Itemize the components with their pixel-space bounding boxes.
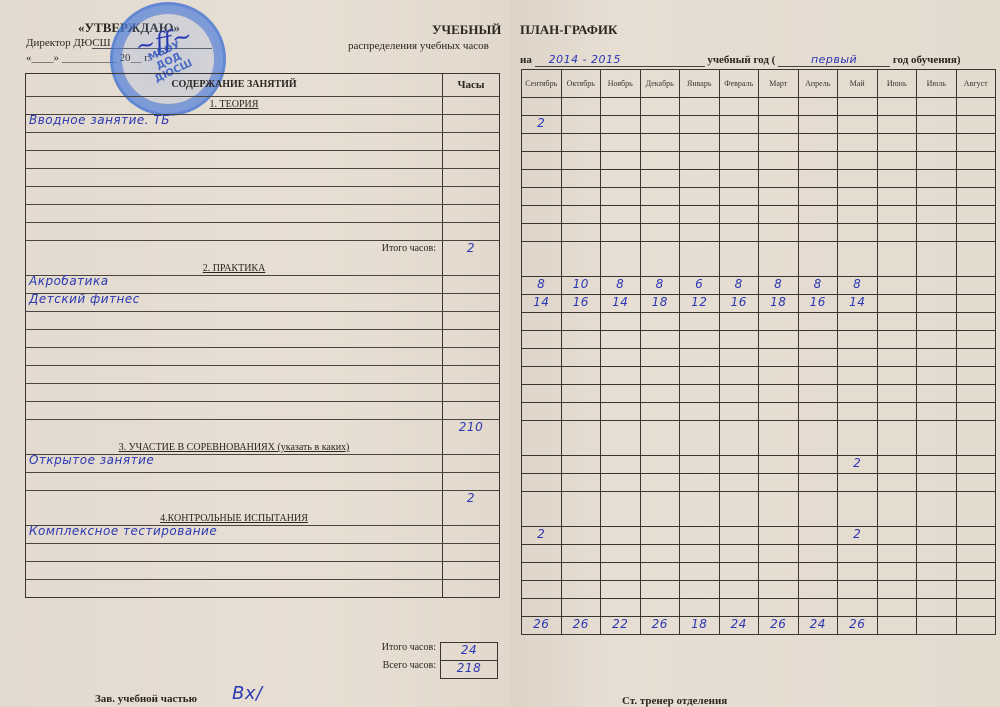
- schedule-cell[interactable]: [956, 277, 996, 294]
- schedule-cell[interactable]: [679, 367, 719, 384]
- schedule-cell[interactable]: [877, 295, 917, 312]
- schedule-cell[interactable]: [719, 224, 759, 241]
- schedule-cell[interactable]: [640, 545, 680, 562]
- schedule-cell[interactable]: [916, 367, 956, 384]
- schedule-cell[interactable]: [916, 421, 956, 455]
- schedule-cell[interactable]: [640, 367, 680, 384]
- schedule-cell[interactable]: 14: [837, 295, 877, 312]
- schedule-cell[interactable]: [837, 474, 877, 491]
- schedule-cell[interactable]: [837, 313, 877, 330]
- schedule-cell[interactable]: [640, 421, 680, 455]
- schedule-cell[interactable]: [522, 98, 561, 115]
- schedule-cell[interactable]: [600, 421, 640, 455]
- schedule-cell[interactable]: [798, 527, 838, 544]
- schedule-cell[interactable]: [837, 98, 877, 115]
- schedule-cell[interactable]: [877, 277, 917, 294]
- schedule-cell[interactable]: [640, 331, 680, 348]
- schedule-cell[interactable]: [561, 206, 601, 223]
- schedule-cell[interactable]: [719, 599, 759, 616]
- schedule-cell[interactable]: [561, 474, 601, 491]
- schedule-cell[interactable]: [719, 456, 759, 473]
- academic-year-field[interactable]: 2014 - 2015: [535, 53, 705, 67]
- schedule-cell[interactable]: [600, 206, 640, 223]
- schedule-cell[interactable]: [916, 563, 956, 580]
- schedule-cell[interactable]: [679, 98, 719, 115]
- schedule-cell[interactable]: [561, 134, 601, 151]
- schedule-cell[interactable]: 18: [679, 617, 719, 634]
- schedule-cell[interactable]: [877, 403, 917, 420]
- schedule-cell[interactable]: [956, 367, 996, 384]
- schedule-cell[interactable]: [916, 170, 956, 187]
- schedule-cell[interactable]: [798, 313, 838, 330]
- schedule-cell[interactable]: [798, 188, 838, 205]
- schedule-cell[interactable]: [758, 367, 798, 384]
- schedule-cell[interactable]: [679, 385, 719, 402]
- table-row[interactable]: [26, 347, 499, 365]
- schedule-cell[interactable]: [522, 367, 561, 384]
- schedule-cell[interactable]: [798, 385, 838, 402]
- schedule-cell[interactable]: [600, 527, 640, 544]
- schedule-cell[interactable]: [956, 295, 996, 312]
- schedule-cell[interactable]: [837, 242, 877, 276]
- schedule-cell[interactable]: [956, 599, 996, 616]
- schedule-cell[interactable]: [719, 242, 759, 276]
- schedule-cell[interactable]: [640, 527, 680, 544]
- schedule-cell[interactable]: [600, 152, 640, 169]
- schedule-cell[interactable]: [916, 527, 956, 544]
- schedule-cell[interactable]: [877, 152, 917, 169]
- schedule-cell[interactable]: [719, 527, 759, 544]
- schedule-cell[interactable]: [719, 188, 759, 205]
- schedule-cell[interactable]: [719, 170, 759, 187]
- schedule-cell[interactable]: [640, 152, 680, 169]
- schedule-cell[interactable]: [679, 421, 719, 455]
- schedule-cell[interactable]: [837, 403, 877, 420]
- schedule-cell[interactable]: [522, 492, 561, 526]
- schedule-cell[interactable]: [561, 224, 601, 241]
- study-year-field[interactable]: первый: [778, 53, 890, 67]
- schedule-cell[interactable]: [837, 385, 877, 402]
- schedule-cell[interactable]: [561, 527, 601, 544]
- schedule-cell[interactable]: [640, 134, 680, 151]
- schedule-cell[interactable]: [877, 206, 917, 223]
- schedule-cell[interactable]: [798, 242, 838, 276]
- schedule-cell[interactable]: [877, 563, 917, 580]
- schedule-cell[interactable]: [916, 242, 956, 276]
- schedule-cell[interactable]: [956, 170, 996, 187]
- schedule-cell[interactable]: 26: [640, 617, 680, 634]
- schedule-cell[interactable]: [522, 242, 561, 276]
- schedule-cell[interactable]: [719, 385, 759, 402]
- schedule-cell[interactable]: [916, 492, 956, 526]
- schedule-cell[interactable]: [916, 295, 956, 312]
- schedule-cell[interactable]: 2: [522, 527, 561, 544]
- schedule-cell[interactable]: [758, 421, 798, 455]
- schedule-cell[interactable]: [561, 152, 601, 169]
- schedule-cell[interactable]: [837, 545, 877, 562]
- schedule-cell[interactable]: [679, 134, 719, 151]
- schedule-cell[interactable]: [522, 563, 561, 580]
- schedule-cell[interactable]: 10: [561, 277, 601, 294]
- schedule-cell[interactable]: [561, 492, 601, 526]
- schedule-cell[interactable]: [877, 134, 917, 151]
- schedule-cell[interactable]: [522, 331, 561, 348]
- schedule-cell[interactable]: [561, 116, 601, 133]
- schedule-cell[interactable]: [758, 134, 798, 151]
- schedule-cell[interactable]: [600, 385, 640, 402]
- schedule-cell[interactable]: [798, 456, 838, 473]
- schedule-cell[interactable]: [837, 492, 877, 526]
- schedule-cell[interactable]: [916, 349, 956, 366]
- schedule-cell[interactable]: [877, 242, 917, 276]
- schedule-cell[interactable]: [758, 599, 798, 616]
- schedule-cell[interactable]: [877, 617, 917, 634]
- schedule-cell[interactable]: [877, 421, 917, 455]
- schedule-cell[interactable]: [679, 599, 719, 616]
- schedule-cell[interactable]: [640, 403, 680, 420]
- schedule-cell[interactable]: [640, 116, 680, 133]
- schedule-cell[interactable]: 6: [679, 277, 719, 294]
- schedule-cell[interactable]: [719, 403, 759, 420]
- schedule-cell[interactable]: [758, 331, 798, 348]
- schedule-cell[interactable]: [798, 492, 838, 526]
- schedule-cell[interactable]: [837, 116, 877, 133]
- schedule-cell[interactable]: [837, 134, 877, 151]
- schedule-cell[interactable]: [798, 331, 838, 348]
- table-row[interactable]: Акробатика: [26, 275, 499, 293]
- schedule-cell[interactable]: [916, 545, 956, 562]
- schedule-cell[interactable]: [956, 242, 996, 276]
- schedule-cell[interactable]: [522, 134, 561, 151]
- schedule-cell[interactable]: [837, 581, 877, 598]
- schedule-cell[interactable]: [758, 385, 798, 402]
- schedule-cell[interactable]: [522, 170, 561, 187]
- schedule-cell[interactable]: [758, 98, 798, 115]
- schedule-cell[interactable]: [956, 421, 996, 455]
- schedule-cell[interactable]: [758, 474, 798, 491]
- schedule-cell[interactable]: [837, 224, 877, 241]
- schedule-cell[interactable]: [956, 617, 996, 634]
- schedule-cell[interactable]: [877, 367, 917, 384]
- schedule-cell[interactable]: [561, 367, 601, 384]
- schedule-cell[interactable]: [956, 474, 996, 491]
- schedule-cell[interactable]: 22: [600, 617, 640, 634]
- schedule-cell[interactable]: 16: [719, 295, 759, 312]
- schedule-cell[interactable]: [916, 98, 956, 115]
- table-row[interactable]: [26, 543, 499, 561]
- schedule-cell[interactable]: [877, 545, 917, 562]
- schedule-cell[interactable]: [798, 224, 838, 241]
- schedule-cell[interactable]: [758, 188, 798, 205]
- schedule-cell[interactable]: [561, 421, 601, 455]
- schedule-cell[interactable]: [758, 581, 798, 598]
- schedule-cell[interactable]: [522, 581, 561, 598]
- schedule-cell[interactable]: [719, 152, 759, 169]
- schedule-cell[interactable]: [679, 403, 719, 420]
- schedule-cell[interactable]: [916, 331, 956, 348]
- schedule-cell[interactable]: [600, 134, 640, 151]
- schedule-cell[interactable]: 26: [561, 617, 601, 634]
- schedule-cell[interactable]: [719, 116, 759, 133]
- table-row[interactable]: [26, 401, 499, 419]
- schedule-cell[interactable]: [877, 349, 917, 366]
- schedule-cell[interactable]: [679, 206, 719, 223]
- schedule-cell[interactable]: [600, 545, 640, 562]
- schedule-cell[interactable]: [522, 474, 561, 491]
- table-row[interactable]: Вводное занятие. ТБ: [26, 114, 499, 132]
- schedule-cell[interactable]: 16: [561, 295, 601, 312]
- schedule-cell[interactable]: 16: [798, 295, 838, 312]
- schedule-cell[interactable]: [916, 152, 956, 169]
- schedule-cell[interactable]: [798, 474, 838, 491]
- schedule-cell[interactable]: [956, 116, 996, 133]
- schedule-cell[interactable]: [640, 313, 680, 330]
- schedule-cell[interactable]: [798, 403, 838, 420]
- schedule-cell[interactable]: [561, 313, 601, 330]
- schedule-cell[interactable]: [758, 403, 798, 420]
- schedule-cell[interactable]: [758, 349, 798, 366]
- schedule-cell[interactable]: [956, 349, 996, 366]
- schedule-cell[interactable]: 8: [758, 277, 798, 294]
- schedule-cell[interactable]: [758, 313, 798, 330]
- schedule-cell[interactable]: [877, 492, 917, 526]
- schedule-cell[interactable]: [679, 170, 719, 187]
- schedule-cell[interactable]: [522, 456, 561, 473]
- schedule-cell[interactable]: [600, 170, 640, 187]
- schedule-cell[interactable]: [916, 581, 956, 598]
- schedule-cell[interactable]: [758, 527, 798, 544]
- schedule-cell[interactable]: [600, 313, 640, 330]
- itogo-value[interactable]: 24: [440, 642, 498, 661]
- schedule-cell[interactable]: [522, 385, 561, 402]
- schedule-cell[interactable]: [561, 349, 601, 366]
- schedule-cell[interactable]: 26: [758, 617, 798, 634]
- schedule-cell[interactable]: [956, 527, 996, 544]
- schedule-cell[interactable]: 8: [640, 277, 680, 294]
- schedule-cell[interactable]: 2: [837, 456, 877, 473]
- schedule-cell[interactable]: [640, 385, 680, 402]
- schedule-cell[interactable]: [561, 242, 601, 276]
- schedule-cell[interactable]: 8: [522, 277, 561, 294]
- schedule-cell[interactable]: [561, 188, 601, 205]
- schedule-cell[interactable]: 8: [837, 277, 877, 294]
- schedule-cell[interactable]: [758, 116, 798, 133]
- schedule-cell[interactable]: [916, 617, 956, 634]
- schedule-cell[interactable]: [837, 206, 877, 223]
- schedule-cell[interactable]: [956, 545, 996, 562]
- schedule-cell[interactable]: [679, 224, 719, 241]
- schedule-cell[interactable]: [679, 242, 719, 276]
- schedule-cell[interactable]: [719, 134, 759, 151]
- schedule-cell[interactable]: [719, 98, 759, 115]
- schedule-cell[interactable]: [798, 581, 838, 598]
- practice-hours-value[interactable]: 210: [443, 420, 499, 434]
- schedule-cell[interactable]: 14: [600, 295, 640, 312]
- schedule-cell[interactable]: [877, 385, 917, 402]
- schedule-cell[interactable]: [679, 545, 719, 562]
- tests-hours-value[interactable]: 2: [443, 491, 499, 505]
- table-row[interactable]: [26, 579, 499, 597]
- schedule-cell[interactable]: [758, 224, 798, 241]
- schedule-cell[interactable]: [798, 98, 838, 115]
- schedule-cell[interactable]: [758, 492, 798, 526]
- schedule-cell[interactable]: [561, 456, 601, 473]
- table-row[interactable]: [26, 365, 499, 383]
- schedule-cell[interactable]: [522, 152, 561, 169]
- table-row[interactable]: [26, 383, 499, 401]
- schedule-cell[interactable]: [679, 152, 719, 169]
- schedule-cell[interactable]: [640, 242, 680, 276]
- schedule-cell[interactable]: [719, 367, 759, 384]
- table-row[interactable]: [26, 561, 499, 579]
- schedule-cell[interactable]: [522, 188, 561, 205]
- schedule-cell[interactable]: [561, 403, 601, 420]
- schedule-cell[interactable]: [877, 599, 917, 616]
- table-row[interactable]: [26, 168, 499, 186]
- schedule-cell[interactable]: [758, 545, 798, 562]
- schedule-cell[interactable]: [679, 116, 719, 133]
- schedule-cell[interactable]: [877, 224, 917, 241]
- schedule-cell[interactable]: [640, 581, 680, 598]
- schedule-cell[interactable]: [640, 474, 680, 491]
- schedule-cell[interactable]: [561, 170, 601, 187]
- schedule-cell[interactable]: [837, 421, 877, 455]
- schedule-cell[interactable]: [837, 599, 877, 616]
- schedule-cell[interactable]: 14: [522, 295, 561, 312]
- schedule-cell[interactable]: [600, 224, 640, 241]
- schedule-cell[interactable]: [956, 98, 996, 115]
- schedule-cell[interactable]: [916, 313, 956, 330]
- schedule-cell[interactable]: [600, 581, 640, 598]
- schedule-cell[interactable]: [561, 331, 601, 348]
- schedule-cell[interactable]: [679, 581, 719, 598]
- schedule-cell[interactable]: [640, 563, 680, 580]
- schedule-cell[interactable]: [798, 421, 838, 455]
- schedule-cell[interactable]: [956, 206, 996, 223]
- schedule-cell[interactable]: [916, 188, 956, 205]
- schedule-cell[interactable]: [719, 492, 759, 526]
- schedule-cell[interactable]: [877, 188, 917, 205]
- schedule-cell[interactable]: [916, 224, 956, 241]
- schedule-cell[interactable]: [916, 403, 956, 420]
- theory-subtotal-value[interactable]: 2: [443, 241, 499, 255]
- schedule-cell[interactable]: [600, 242, 640, 276]
- schedule-cell[interactable]: [522, 224, 561, 241]
- schedule-cell[interactable]: [719, 421, 759, 455]
- schedule-cell[interactable]: [600, 403, 640, 420]
- schedule-cell[interactable]: [877, 313, 917, 330]
- schedule-cell[interactable]: [640, 98, 680, 115]
- schedule-cell[interactable]: [758, 152, 798, 169]
- table-row[interactable]: Комплексное тестирование: [26, 525, 499, 543]
- vsego-value[interactable]: 218: [440, 660, 498, 679]
- table-row[interactable]: [26, 329, 499, 347]
- schedule-cell[interactable]: [798, 599, 838, 616]
- table-row[interactable]: [26, 132, 499, 150]
- schedule-cell[interactable]: [561, 545, 601, 562]
- schedule-cell[interactable]: [877, 474, 917, 491]
- schedule-cell[interactable]: [719, 545, 759, 562]
- schedule-cell[interactable]: [640, 170, 680, 187]
- schedule-cell[interactable]: [916, 134, 956, 151]
- schedule-cell[interactable]: [798, 563, 838, 580]
- schedule-cell[interactable]: [758, 563, 798, 580]
- schedule-cell[interactable]: [719, 206, 759, 223]
- schedule-cell[interactable]: [600, 474, 640, 491]
- schedule-cell[interactable]: [522, 206, 561, 223]
- schedule-cell[interactable]: [798, 134, 838, 151]
- schedule-cell[interactable]: [956, 224, 996, 241]
- schedule-cell[interactable]: [719, 331, 759, 348]
- schedule-cell[interactable]: [877, 331, 917, 348]
- schedule-cell[interactable]: [798, 545, 838, 562]
- schedule-cell[interactable]: [719, 581, 759, 598]
- schedule-cell[interactable]: [522, 599, 561, 616]
- schedule-cell[interactable]: [600, 331, 640, 348]
- schedule-cell[interactable]: [679, 492, 719, 526]
- schedule-cell[interactable]: [640, 206, 680, 223]
- schedule-cell[interactable]: 24: [798, 617, 838, 634]
- schedule-cell[interactable]: [758, 456, 798, 473]
- schedule-cell[interactable]: [600, 563, 640, 580]
- schedule-cell[interactable]: [561, 98, 601, 115]
- schedule-cell[interactable]: [679, 527, 719, 544]
- schedule-cell[interactable]: 18: [758, 295, 798, 312]
- schedule-cell[interactable]: 2: [522, 116, 561, 133]
- schedule-cell[interactable]: [837, 170, 877, 187]
- schedule-cell[interactable]: [956, 331, 996, 348]
- schedule-cell[interactable]: [600, 599, 640, 616]
- schedule-cell[interactable]: [640, 224, 680, 241]
- schedule-cell[interactable]: [837, 331, 877, 348]
- schedule-cell[interactable]: [877, 527, 917, 544]
- schedule-cell[interactable]: 12: [679, 295, 719, 312]
- schedule-cell[interactable]: [640, 456, 680, 473]
- table-row[interactable]: [26, 150, 499, 168]
- schedule-cell[interactable]: [877, 456, 917, 473]
- schedule-cell[interactable]: [719, 474, 759, 491]
- schedule-cell[interactable]: 26: [522, 617, 561, 634]
- table-row[interactable]: Открытое занятие: [26, 454, 499, 472]
- schedule-cell[interactable]: [916, 277, 956, 294]
- schedule-cell[interactable]: [679, 563, 719, 580]
- schedule-cell[interactable]: [600, 492, 640, 526]
- schedule-cell[interactable]: [798, 349, 838, 366]
- schedule-cell[interactable]: [522, 421, 561, 455]
- schedule-cell[interactable]: [916, 116, 956, 133]
- schedule-cell[interactable]: [758, 206, 798, 223]
- schedule-cell[interactable]: [837, 152, 877, 169]
- schedule-cell[interactable]: 2: [837, 527, 877, 544]
- schedule-cell[interactable]: [719, 313, 759, 330]
- schedule-cell[interactable]: 24: [719, 617, 759, 634]
- schedule-cell[interactable]: [837, 188, 877, 205]
- schedule-cell[interactable]: [600, 98, 640, 115]
- table-row[interactable]: Детский фитнес: [26, 293, 499, 311]
- schedule-cell[interactable]: [679, 349, 719, 366]
- schedule-cell[interactable]: [877, 116, 917, 133]
- table-row[interactable]: [26, 204, 499, 222]
- schedule-cell[interactable]: [956, 313, 996, 330]
- schedule-cell[interactable]: [561, 563, 601, 580]
- schedule-cell[interactable]: [640, 349, 680, 366]
- table-row[interactable]: [26, 222, 499, 240]
- table-row[interactable]: [26, 472, 499, 490]
- schedule-cell[interactable]: [916, 385, 956, 402]
- schedule-cell[interactable]: [837, 367, 877, 384]
- schedule-cell[interactable]: [956, 152, 996, 169]
- schedule-cell[interactable]: [798, 206, 838, 223]
